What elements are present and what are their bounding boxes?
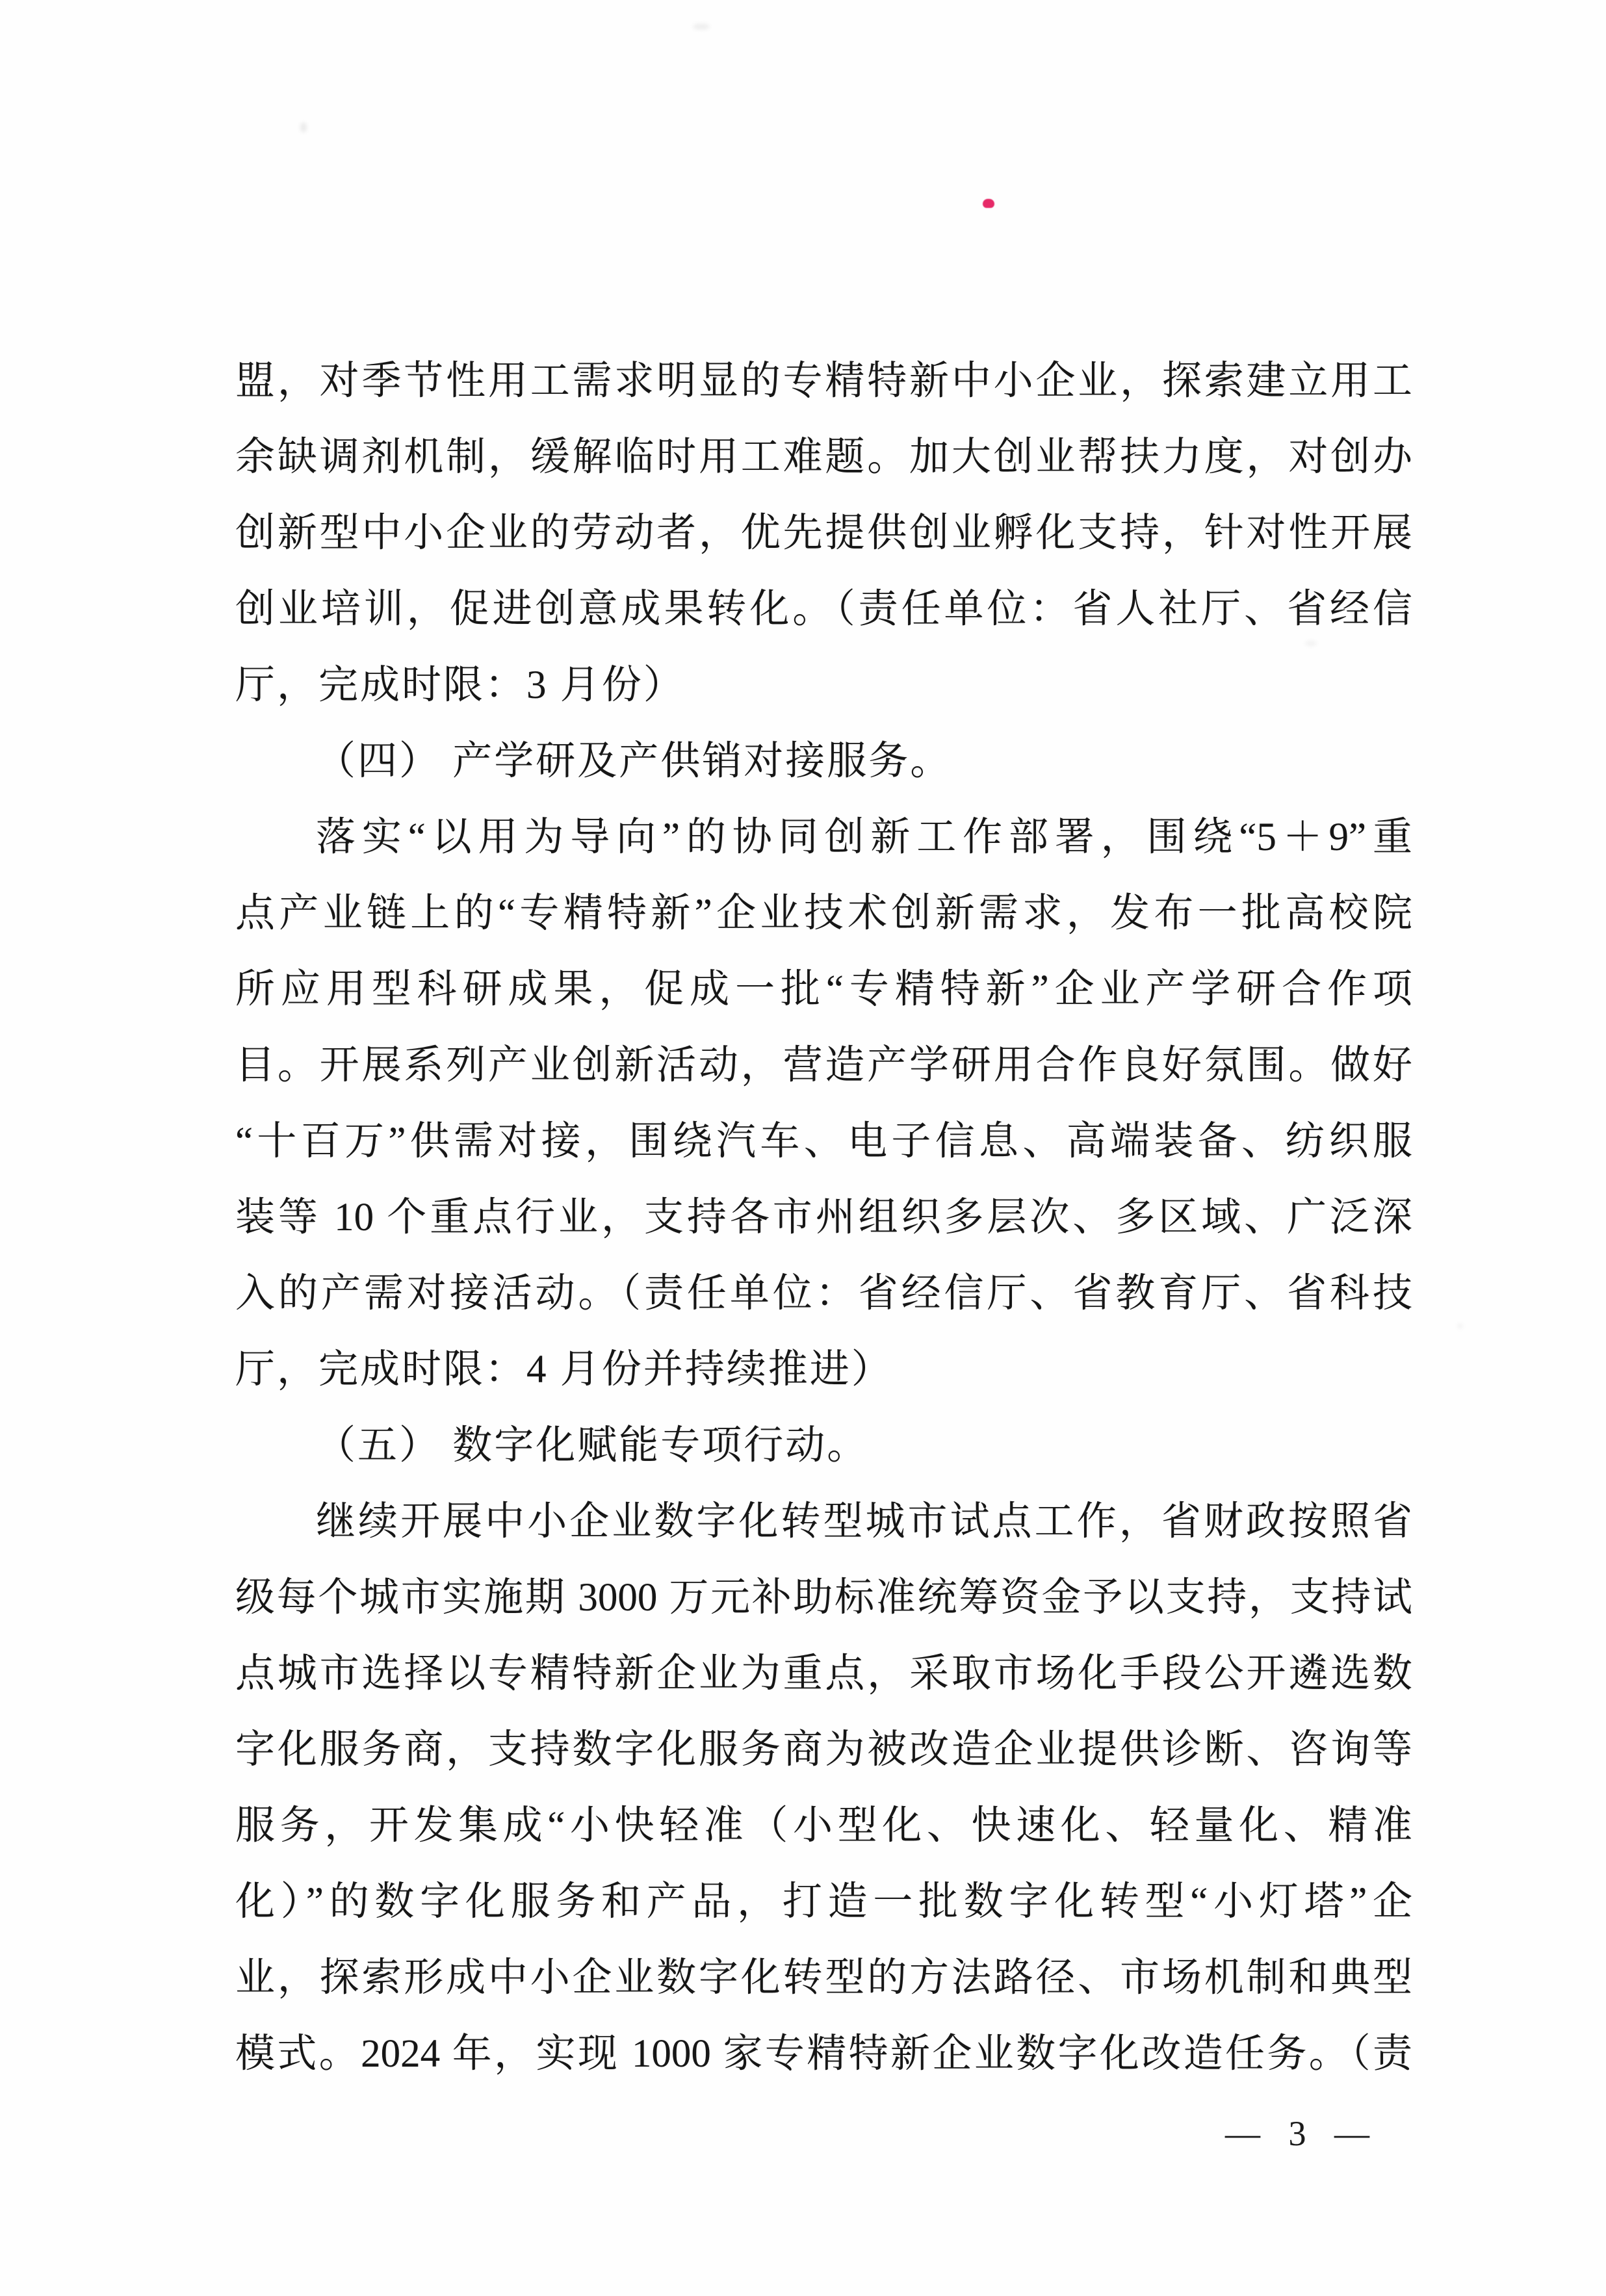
scan-smudge: [300, 122, 307, 133]
text-line: 模式。2024 年，实现 1000 家专精特新企业数字化改造任务。（责: [235, 2016, 1412, 2092]
text-line: （五） 数字化赋能专项行动。: [235, 1408, 1412, 1484]
text-line: 化）”的数字化服务和产品，打造一批数字化转型“小灯塔”企: [235, 1864, 1412, 1940]
text-line: 字化服务商，支持数字化服务商为被改造企业提供诊断、咨询等: [235, 1712, 1412, 1788]
text-line: 点产业链上的“专精特新”企业技术创新需求，发布一批高校院: [235, 875, 1412, 951]
text-line: 落实“以用为导向”的协同创新工作部署，围绕“5＋9”重: [235, 799, 1412, 875]
text-line: 点城市选择以专精特新企业为重点，采取市场化手段公开遴选数: [235, 1636, 1412, 1712]
text-line: 余缺调剂机制，缓解临时用工难题。加大创业帮扶力度，对创办: [235, 419, 1412, 495]
document-text-block: 盟，对季节性用工需求明显的专精特新中小企业，探索建立用工余缺调剂机制，缓解临时用…: [235, 343, 1412, 2092]
text-line: 服务，开发集成“小快轻准（小型化、快速化、轻量化、精准: [235, 1788, 1412, 1864]
text-line: （四） 产学研及产供销对接服务。: [235, 723, 1412, 799]
text-line: 业，探索形成中小企业数字化转型的方法路径、市场机制和典型: [235, 1940, 1412, 2016]
text-line: 创业培训，促进创意成果转化。（责任单位：省人社厅、省经信: [235, 571, 1412, 647]
text-line: 厅，完成时限：4 月份并持续推进）: [235, 1332, 1412, 1408]
text-line: 所应用型科研成果，促成一批“专精特新”企业产学研合作项: [235, 951, 1412, 1027]
text-line: 继续开展中小企业数字化转型城市试点工作，省财政按照省: [235, 1484, 1412, 1560]
text-line: 级每个城市实施期 3000 万元补助标准统筹资金予以支持，支持试: [235, 1560, 1412, 1636]
text-line: 目。开展系列产业创新活动，营造产学研用合作良好氛围。做好: [235, 1027, 1412, 1103]
text-line: “十百万”供需对接，围绕汽车、电子信息、高端装备、纺织服: [235, 1103, 1412, 1180]
red-ink-dot: [983, 199, 994, 208]
text-line: 入的产需对接活动。（责任单位：省经信厅、省教育厅、省科技: [235, 1256, 1412, 1332]
scanned-document-page: 盟，对季节性用工需求明显的专精特新中小企业，探索建立用工余缺调剂机制，缓解临时用…: [0, 0, 1606, 2296]
scan-smudge: [693, 23, 710, 30]
text-line: 盟，对季节性用工需求明显的专精特新中小企业，探索建立用工: [235, 343, 1412, 419]
text-line: 厅，完成时限：3 月份）: [235, 647, 1412, 723]
scan-smudge: [1457, 1323, 1463, 1329]
text-line: 创新型中小企业的劳动者，优先提供创业孵化支持，针对性开展: [235, 495, 1412, 571]
page-number: — 3 —: [1225, 2109, 1369, 2158]
text-line: 装等 10 个重点行业，支持各市州组织多层次、多区域、广泛深: [235, 1180, 1412, 1256]
